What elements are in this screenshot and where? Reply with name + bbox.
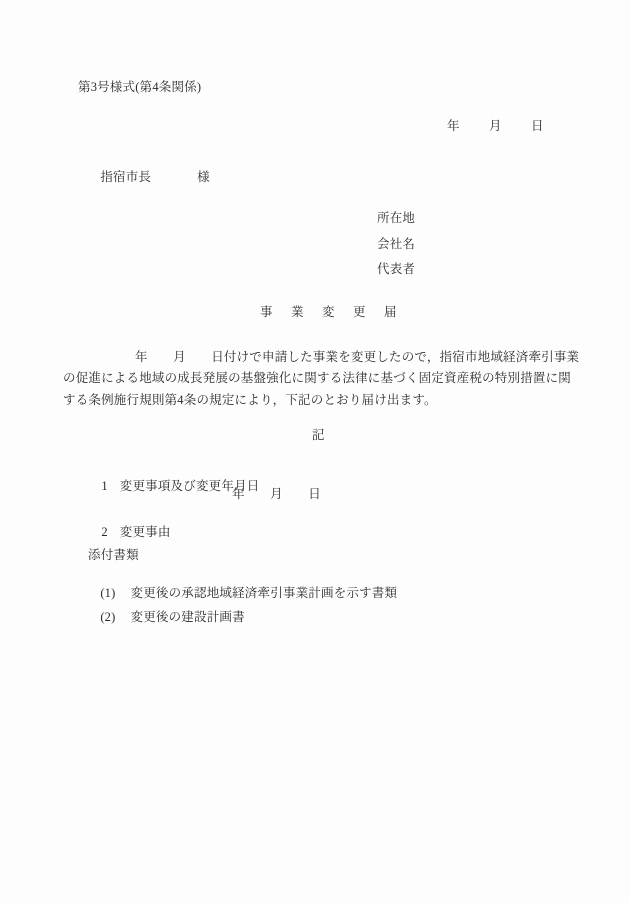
addressee-honorific: 様 bbox=[197, 170, 210, 184]
item-2-gap bbox=[108, 535, 120, 536]
addressee-line: 指宿市長様 bbox=[87, 155, 210, 200]
form-number: 第3号様式(第4条関係) bbox=[78, 80, 201, 95]
body-line-1: 年 月 日付けで申請した事業を変更したので，指宿市地域経済牽引事業 bbox=[135, 350, 579, 365]
item-2-number: 2 bbox=[101, 525, 107, 539]
sender-company-label: 会社名 bbox=[377, 237, 415, 252]
attachments-header: 添付書類 bbox=[88, 548, 139, 563]
item-1-number: 1 bbox=[101, 479, 107, 493]
body-line-3: する条例施行規則第4条の規定により，下記のとおり届け出ます。 bbox=[63, 393, 437, 408]
body-line-2: の促進による地域の成長発展の基盤強化に関する法律に基づく固定資産税の特別措置に関 bbox=[63, 371, 571, 386]
date-line-top: 年 月 日 bbox=[447, 119, 545, 134]
attachment-2-text: 変更後の建設計画書 bbox=[131, 610, 245, 624]
attachment-2-line: (2)変更後の建設計画書 bbox=[87, 595, 245, 640]
attachment-2-gap bbox=[116, 620, 131, 621]
document-title: 事 業 変 更 届 bbox=[260, 305, 400, 320]
attachment-2-number: (2) bbox=[100, 610, 115, 624]
sender-representative-label: 代表者 bbox=[377, 262, 415, 277]
sender-address-label: 所在地 bbox=[377, 211, 415, 226]
item-2-text: 変更事由 bbox=[120, 525, 171, 539]
addressee-name: 指宿市長 bbox=[100, 170, 151, 184]
item-1-gap bbox=[108, 489, 120, 490]
record-marker: 記 bbox=[312, 428, 325, 443]
document-page: 第3号様式(第4条関係) 年 月 日 指宿市長様 所在地 会社名 代表者 事 業… bbox=[0, 0, 630, 903]
addressee-fill-space bbox=[151, 180, 197, 181]
item-1-date-line: 年 月 日 bbox=[232, 487, 321, 502]
